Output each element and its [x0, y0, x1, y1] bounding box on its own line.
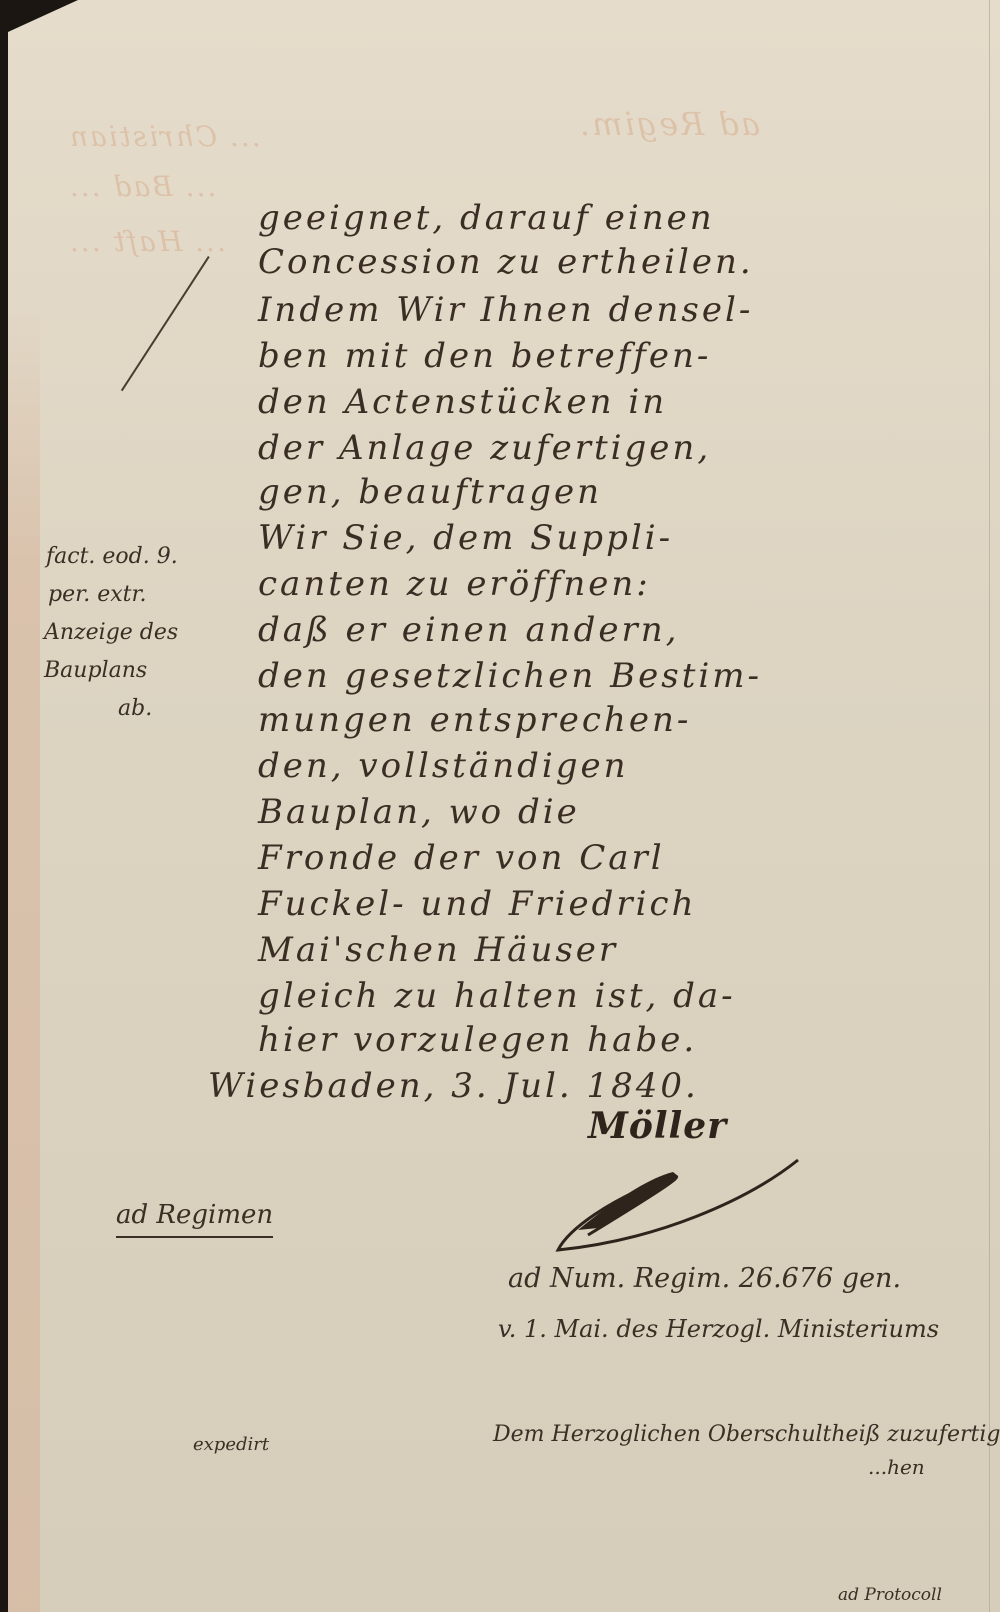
torn-corner [8, 0, 78, 32]
body-line: Concession zu ertheilen. [258, 242, 754, 282]
reference-line: ad Num. Regim. 26.676 gen. [508, 1262, 901, 1296]
body-line: den Actenstücken in [258, 382, 667, 422]
bottom-initials: ad Protocoll [838, 1578, 942, 1612]
bleed-through-heading: ad Regim. [578, 105, 760, 143]
edge-stain [8, 300, 40, 1612]
body-line: den gesetzlichen Bestim- [258, 656, 762, 696]
reference-line: v. 1. Mai. des Herzogl. Ministeriums [498, 1312, 939, 1346]
margin-note-line: Bauplans [44, 654, 147, 688]
body-line: canten zu eröffnen: [258, 564, 651, 604]
margin-note-line: Anzeige des [44, 616, 178, 650]
body-line: gleich zu halten ist, da- [258, 976, 736, 1016]
margin-note-line: per. extr. [48, 578, 147, 612]
signature: Möller [588, 1105, 727, 1147]
expedit-note: expedirt [193, 1428, 269, 1462]
body-line: der Anlage zufertigen, [258, 428, 711, 468]
signature-flourish [548, 1150, 808, 1260]
closing-note-line: ...hen [868, 1450, 925, 1484]
document-page: ad Regim. ... Christian ... Bad ... ... … [8, 0, 1000, 1612]
body-line: Fronde der von Carl [258, 838, 665, 878]
date-line: Wiesbaden, 3. Jul. 1840. [208, 1066, 699, 1106]
body-line: daß er einen andern, [258, 610, 679, 650]
page-fold-line [989, 0, 990, 1612]
body-line: geeignet, darauf einen [258, 198, 715, 238]
margin-slash-mark [121, 256, 210, 391]
bleed-through-line: ... Christian [68, 120, 261, 153]
bleed-through-line: ... Haft ... [68, 225, 226, 258]
body-line: Mai'schen Häuser [258, 930, 618, 970]
body-line: den, vollständigen [258, 746, 629, 786]
body-line: hier vorzulegen habe. [258, 1020, 697, 1060]
body-line: gen, beauftragen [258, 472, 602, 512]
body-line: Fuckel- und Friedrich [258, 884, 696, 924]
closing-note-line: Dem Herzoglichen Oberschultheiß zuzufert… [493, 1418, 1000, 1452]
body-line: ben mit den betreffen- [258, 336, 711, 376]
body-line: Indem Wir Ihnen densel- [258, 290, 753, 330]
body-line: mungen entsprechen- [258, 700, 691, 740]
bleed-through-line: ... Bad ... [68, 170, 216, 203]
ad-regimen-note: ad Regimen [116, 1198, 273, 1238]
margin-note-line: ab. [118, 692, 152, 726]
body-line: Bauplan, wo die [258, 792, 580, 832]
body-line: Wir Sie, dem Suppli- [258, 518, 673, 558]
margin-note-line: fact. eod. 9. [46, 540, 178, 574]
